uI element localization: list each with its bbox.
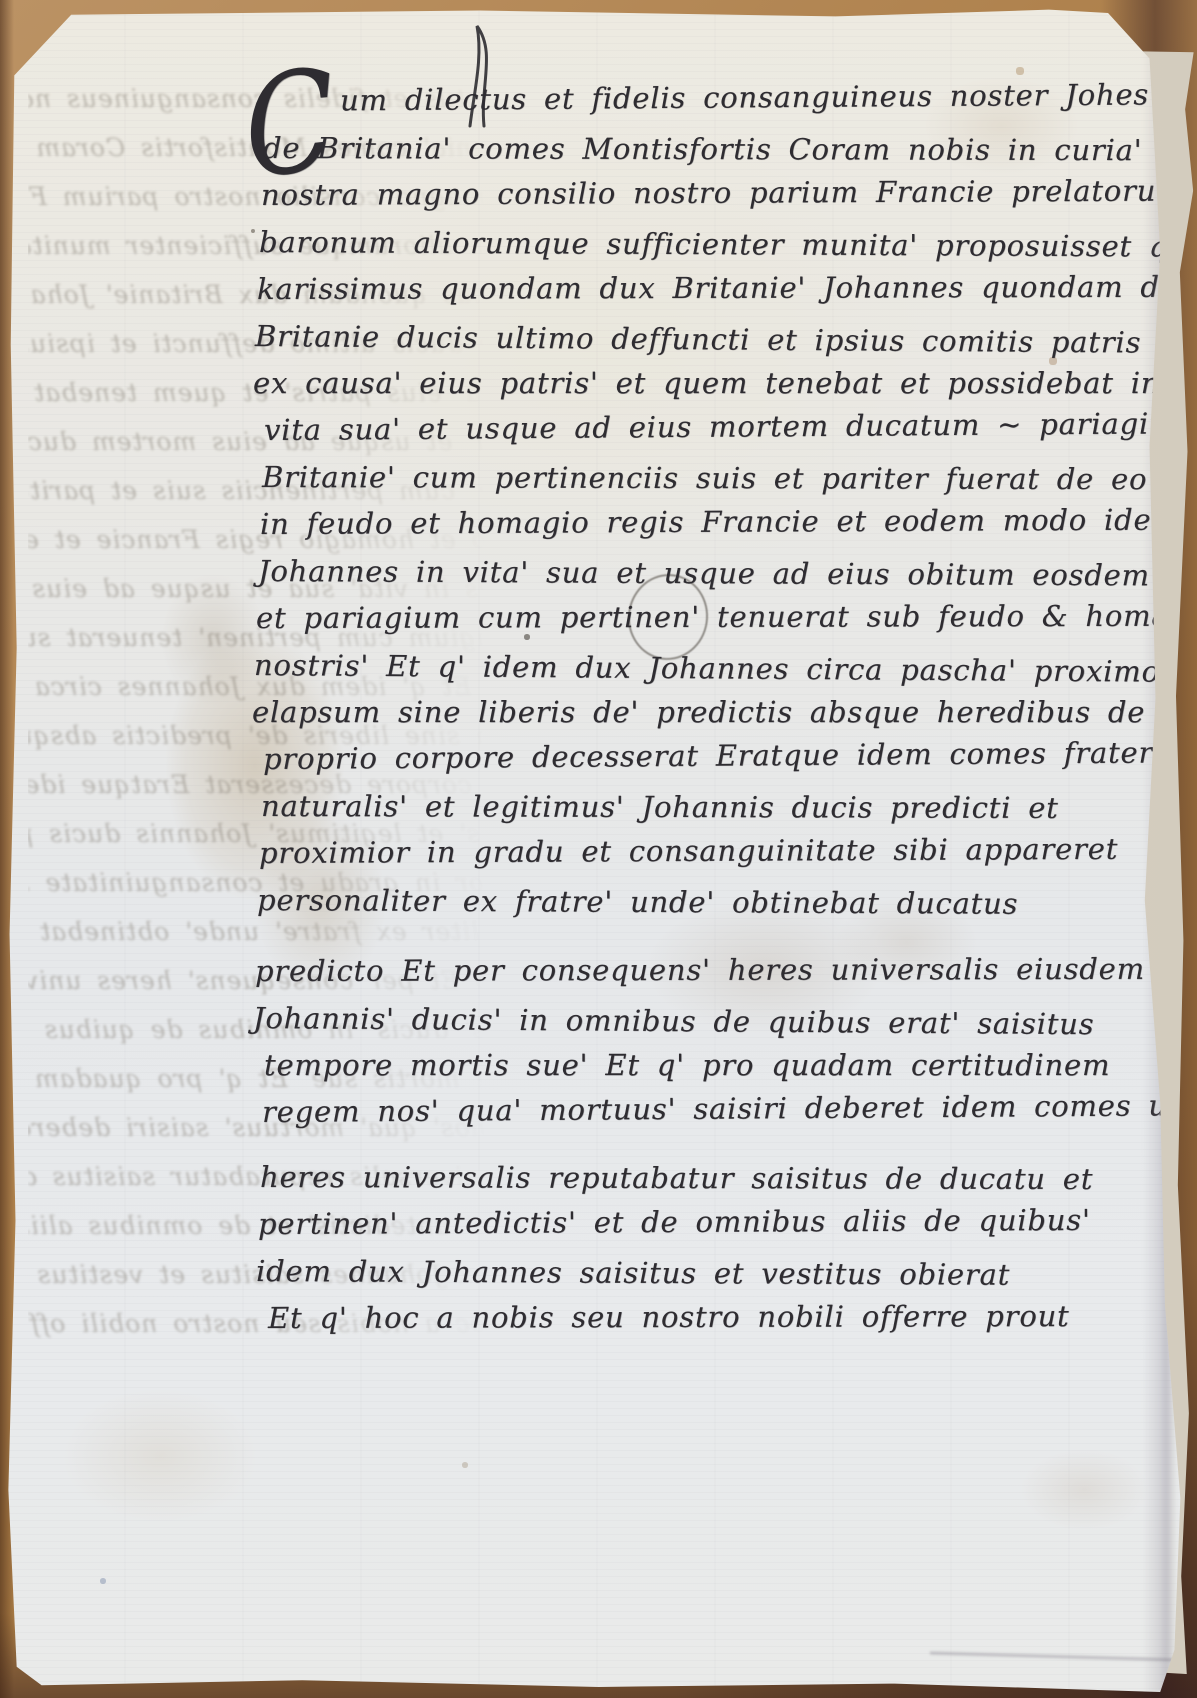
manuscript-line: Britanie' cum pertinenciis suis et parit… bbox=[262, 454, 1114, 503]
manuscript-line: heres universalis reputabatur saisitus d… bbox=[260, 1154, 1112, 1203]
manuscript-line: Johannes in vita' sua et usque ad eius o… bbox=[258, 548, 1110, 599]
manuscript-line: pertinen' antedictis' et de omnibus alii… bbox=[258, 1197, 1110, 1248]
manuscript-line: Britanie ducis ultimo deffuncti et ipsiu… bbox=[255, 313, 1107, 366]
manuscript-line: nostra magno consilio nostro parium Fran… bbox=[261, 168, 1113, 219]
manuscript-line: et pariagium cum pertinen' tenuerat sub … bbox=[256, 593, 1108, 642]
text-block: um dilectus et fidelis consanguineus nos… bbox=[258, 78, 1110, 1342]
bottom-crease-line bbox=[930, 1652, 1180, 1662]
manuscript-line: ex causa' eius patris' et quem tenebat e… bbox=[253, 360, 1105, 407]
manuscript-line: tempore mortis sue' Et q' pro quadam cer… bbox=[264, 1042, 1116, 1089]
manuscript-line: baronum aliorumque sufficienter munita' … bbox=[259, 219, 1111, 270]
manuscript-line: regem nos' qua' mortuus' saisiri deberet… bbox=[262, 1083, 1114, 1136]
manuscript-line: vita sua' et usque ad eius mortem ducatu… bbox=[264, 401, 1116, 454]
manuscript-line: Johannis' ducis' in omnibus de quibus er… bbox=[253, 995, 1105, 1048]
manuscript-line: predicto Et per consequens' heres univer… bbox=[255, 946, 1107, 995]
manuscript-line: proximior in gradu et consanguinitate si… bbox=[259, 826, 1111, 877]
manuscript-line: in feudo et homagio regis Francie et eod… bbox=[260, 497, 1112, 548]
manuscript-line: karissimus quondam dux Britanie' Johanne… bbox=[257, 264, 1109, 313]
manuscript-line: idem dux Johannes saisitus et vestitus o… bbox=[256, 1248, 1108, 1299]
manuscript-line: elapsum sine liberis de' predictis absqu… bbox=[252, 689, 1104, 736]
manuscript-line: um dilectus et fidelis consanguineus nos… bbox=[252, 72, 1104, 125]
manuscript-line: proprio corpore decesserat Eratque idem … bbox=[263, 730, 1115, 783]
manuscript-page: um dilectus et fidelis consanguineus nos… bbox=[6, 8, 1191, 1692]
manuscript-line: Et q' hoc a nobis seu nostro nobili offe… bbox=[268, 1293, 1120, 1342]
manuscript-line: personaliter ex fratre' unde' obtinebat … bbox=[257, 877, 1109, 928]
manuscript-photo: um dilectus et fidelis consanguineus nos… bbox=[0, 0, 1197, 1698]
manuscript-line: naturalis' et legitimus' Johannis ducis … bbox=[261, 783, 1113, 832]
manuscript-line: de Britania' comes Montisfortis Coram no… bbox=[263, 125, 1115, 174]
manuscript-line: nostris' Et q' idem dux Johannes circa p… bbox=[254, 642, 1106, 695]
